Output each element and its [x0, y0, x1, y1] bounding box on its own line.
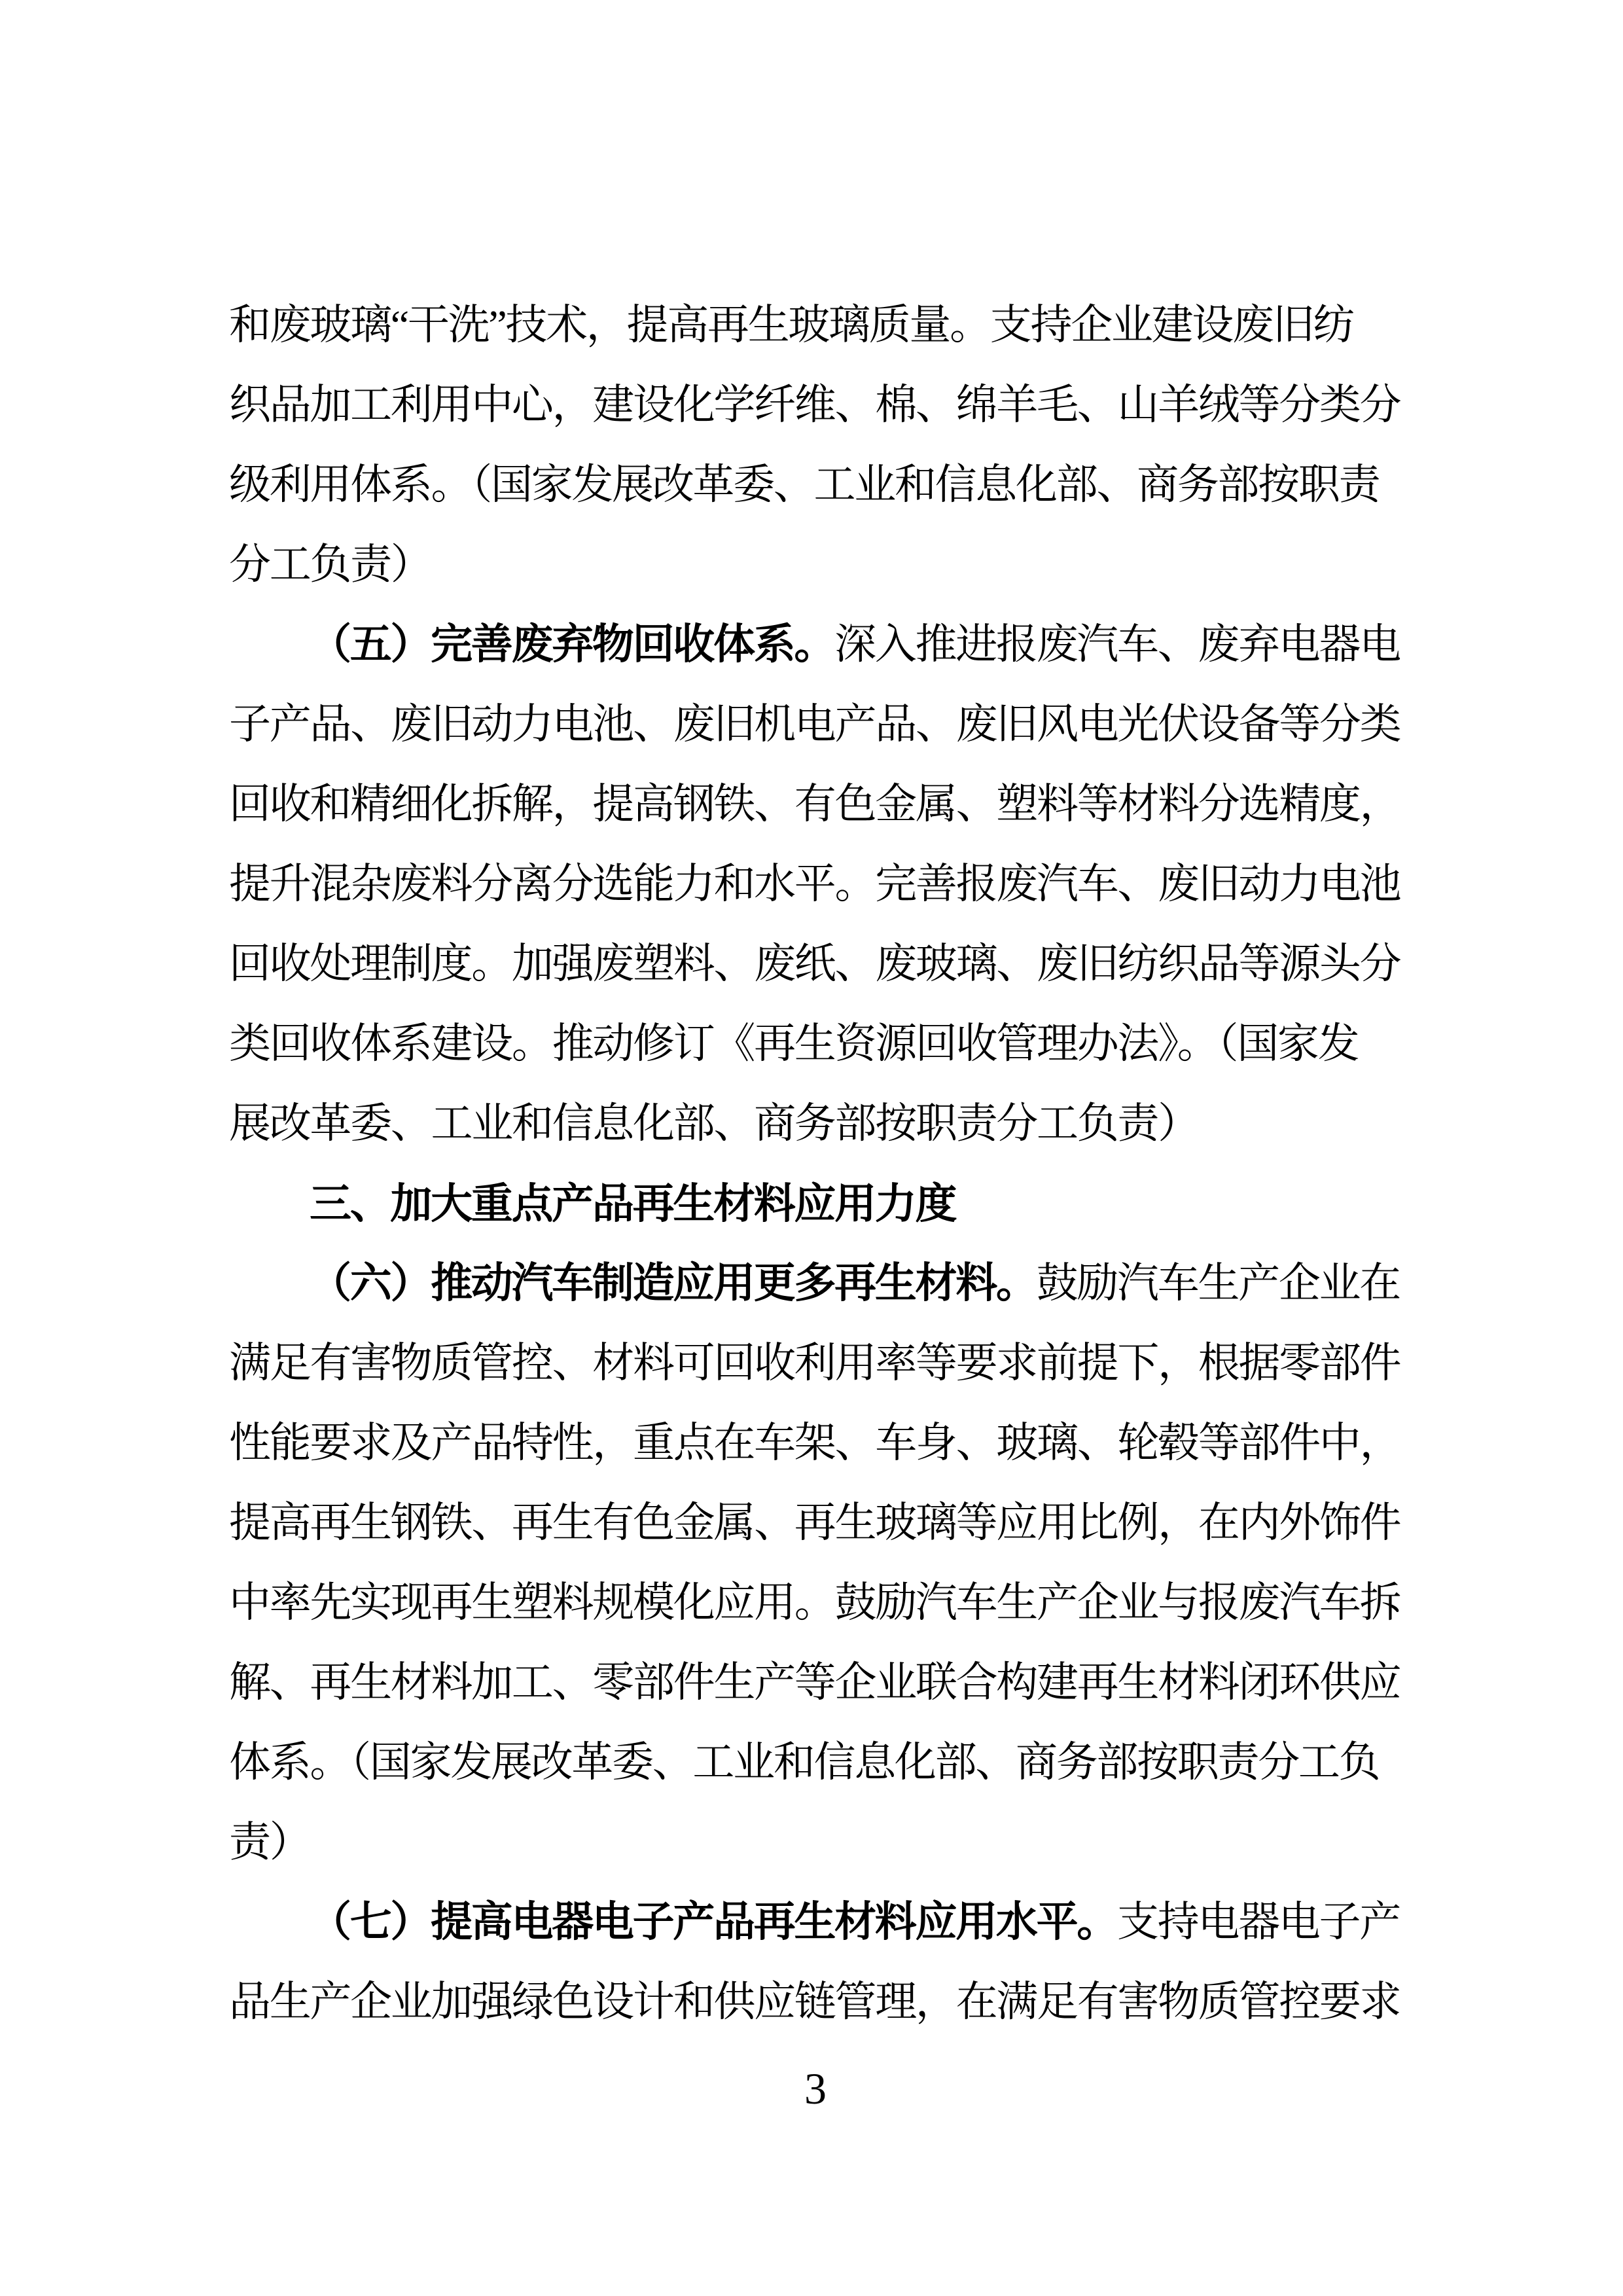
paragraph-line: 回收和精细化拆解，提高钢铁、有色金属、塑料等材料分选精度， [229, 764, 1402, 844]
page-number: 3 [229, 2059, 1402, 2118]
paragraph-line: 品生产企业加强绿色设计和供应链管理，在满足有害物质管控要求 [229, 1962, 1402, 2042]
document-body: 和废玻璃“干洗”技术，提高再生玻璃质量。支持企业建设废旧纺 织品加工利用中心，建… [229, 285, 1402, 2042]
paragraph-line-item-five: （五）完善废弃物回收体系。深入推进报废汽车、废弃电器电 [229, 605, 1402, 685]
paragraph-line: 满足有害物质管控、材料可回收利用率等要求前提下，根据零部件 [229, 1323, 1402, 1403]
paragraph-line: 子产品、废旧动力电池、废旧机电产品、废旧风电光伏设备等分类 [229, 685, 1402, 764]
item-seven-lead: （七）提高电器电子产品再生材料应用水平。 [310, 1899, 1117, 1945]
paragraph-text: 鼓励汽车生产企业在 [1037, 1260, 1400, 1306]
paragraph-line: 回收处理制度。加强废塑料、废纸、废玻璃、废旧纺织品等源头分 [229, 924, 1402, 1004]
paragraph-line: 和废玻璃“干洗”技术，提高再生玻璃质量。支持企业建设废旧纺 [229, 285, 1402, 365]
paragraph-line: 提升混杂废料分离分选能力和水平。完善报废汽车、废旧动力电池 [229, 844, 1402, 924]
paragraph-line: 类回收体系建设。推动修订《再生资源回收管理办法》。（国家发 [229, 1004, 1402, 1084]
item-six-lead: （六）推动汽车制造应用更多再生材料。 [310, 1260, 1037, 1306]
paragraph-line: 展改革委、工业和信息化部、商务部按职责分工负责） [229, 1084, 1402, 1164]
paragraph-line: 体系。（国家发展改革委、工业和信息化部、商务部按职责分工负 [229, 1723, 1402, 1803]
paragraph-line: 分工负责） [229, 525, 1402, 605]
paragraph-line: 责） [229, 1803, 1402, 1882]
document-page: 和废玻璃“干洗”技术，提高再生玻璃质量。支持企业建设废旧纺 织品加工利用中心，建… [0, 0, 1623, 2296]
paragraph-text: 深入推进报废汽车、废弃电器电 [834, 621, 1400, 668]
paragraph-line: 中率先实现再生塑料规模化应用。鼓励汽车生产企业与报废汽车拆 [229, 1563, 1402, 1643]
paragraph-line: 提高再生钢铁、再生有色金属、再生玻璃等应用比例，在内外饰件 [229, 1483, 1402, 1563]
paragraph-line: 解、再生材料加工、零部件生产等企业联合构建再生材料闭环供应 [229, 1643, 1402, 1723]
paragraph-line: 织品加工利用中心，建设化学纤维、棉、绵羊毛、山羊绒等分类分 [229, 365, 1402, 445]
paragraph-text: 支持电器电子产 [1117, 1899, 1400, 1945]
paragraph-line: 性能要求及产品特性，重点在车架、车身、玻璃、轮毂等部件中， [229, 1403, 1402, 1483]
section-heading-three: 三、加大重点产品再生材料应用力度 [229, 1164, 1402, 1244]
paragraph-line-item-seven: （七）提高电器电子产品再生材料应用水平。支持电器电子产 [229, 1882, 1402, 1962]
paragraph-line-item-six: （六）推动汽车制造应用更多再生材料。鼓励汽车生产企业在 [229, 1244, 1402, 1323]
paragraph-line: 级利用体系。（国家发展改革委、工业和信息化部、商务部按职责 [229, 445, 1402, 525]
item-five-lead: （五）完善废弃物回收体系。 [310, 621, 834, 668]
